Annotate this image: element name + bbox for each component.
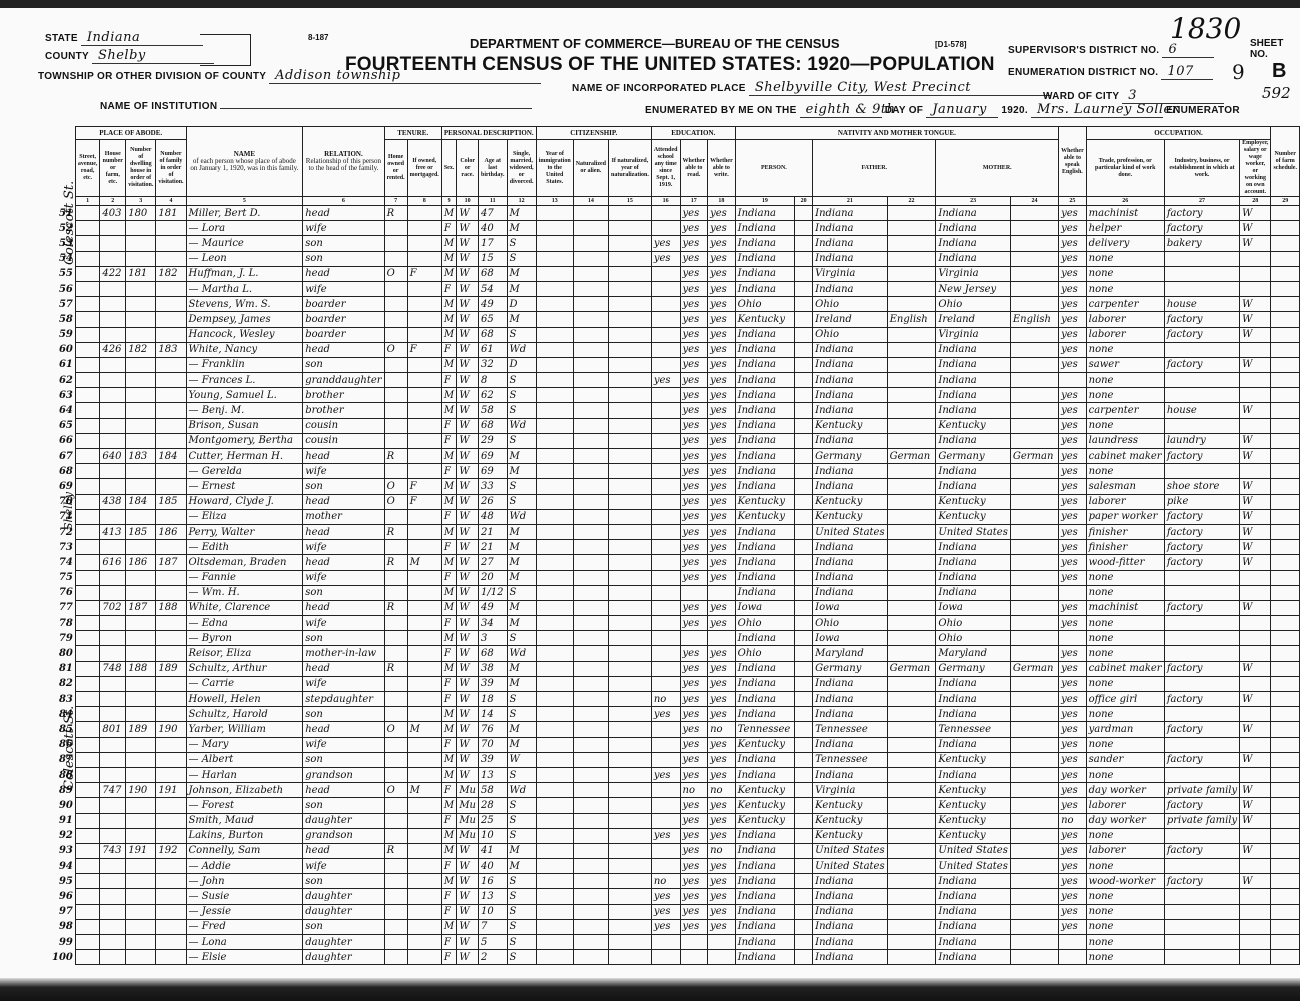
cell-occ: none [1086,281,1164,296]
cell-fam [156,585,186,600]
cell-wr: yes [708,752,736,767]
cell-nat [573,722,608,737]
cell-occ: none [1086,418,1164,433]
cell-pob: Indiana [735,418,795,433]
column-number: 18 [708,197,736,206]
line-number: 99 [50,935,75,950]
cell-mort [407,388,441,403]
cell-dw [126,297,156,312]
cell-sex: M [441,798,457,813]
cell-pob: Indiana [735,357,795,372]
cell-street [75,752,100,767]
cell-wr: yes [708,464,736,479]
cell-imm [536,737,573,752]
cell-ind: factory [1164,221,1239,236]
street-name-2: Shelby [62,492,75,530]
cell-ind [1164,281,1239,296]
cell-sch [651,433,680,448]
cell-street [75,767,100,782]
cell-sch [651,813,680,828]
cell-occ: none [1086,904,1164,919]
cell-farm [1271,828,1300,843]
cell-mt [1010,859,1058,874]
cell-ft [887,707,936,722]
cell-pt [795,798,813,813]
cell-occ: wood-worker [1086,874,1164,889]
cell-rd [680,585,708,600]
cell-naty [609,646,652,661]
cell-ind: factory [1164,206,1239,221]
cell-eng: yes [1059,524,1087,539]
cell-rd: yes [680,661,708,676]
cell-mpob: Indiana [936,585,1010,600]
cell-mort [407,646,441,661]
cell-name: Howell, Helen [186,692,303,707]
cell-naty [609,236,652,251]
cell-house [100,418,126,433]
cell-mar: Wd [507,509,536,524]
cell-wr: yes [708,692,736,707]
cell-rel: head [303,843,384,858]
cell-age: 21 [479,524,508,539]
cell-fpob: Kentucky [813,828,887,843]
cell-own [384,950,407,965]
cell-pt [795,843,813,858]
cell-imm [536,251,573,266]
cell-imm [536,357,573,372]
cell-house [100,950,126,965]
cell-imm [536,798,573,813]
cell-name: — Fred [186,919,303,934]
cell-sch [651,327,680,342]
cell-wr: yes [708,540,736,555]
cell-rd: yes [680,464,708,479]
cell-fpob: Indiana [813,236,887,251]
cell-occ: day worker [1086,783,1164,798]
cell-wr: yes [708,403,736,418]
cell-house [100,236,126,251]
cell-occ: none [1086,570,1164,585]
col-family: Number of family in order of visitation. [156,140,186,197]
cell-rel: brother [303,403,384,418]
section-personal: PERSONAL DESCRIPTION. [441,127,536,140]
cell-mort [407,767,441,782]
cell-eng: yes [1059,251,1087,266]
cell-dw [126,950,156,965]
cell-emp: W [1240,357,1271,372]
cell-ft [887,813,936,828]
cell-own [384,312,407,327]
cell-sch [651,950,680,965]
cell-farm [1271,449,1300,464]
cell-farm [1271,221,1300,236]
county-field: COUNTY Shelby [45,48,214,64]
cell-color: W [457,479,479,494]
cell-fpob: Kentucky [813,509,887,524]
cell-color: W [457,646,479,661]
cell-rel: mother [303,509,384,524]
cell-eng: yes [1059,600,1087,615]
cell-ft [887,935,936,950]
cell-emp: W [1240,312,1271,327]
cell-fpob: Indiana [813,281,887,296]
cell-name: — Martha L. [186,281,303,296]
table-row: 100— ElsiedaughterFW2SIndianaIndianaIndi… [50,950,1300,965]
cell-own [384,388,407,403]
cell-age: 69 [479,449,508,464]
cell-age: 1/12 [479,585,508,600]
cell-age: 40 [479,859,508,874]
cell-naty [609,433,652,448]
cell-fpob: Indiana [813,206,887,221]
cell-nat [573,859,608,874]
cell-ft [887,676,936,691]
cell-occ: day worker [1086,813,1164,828]
table-row: 54— LeonsonMW15SyesyesyesIndianaIndianaI… [50,251,1300,266]
line-number: 68 [50,464,75,479]
cell-pob: Ohio [735,297,795,312]
cell-color: W [457,540,479,555]
cell-ft [887,327,936,342]
cell-eng: yes [1059,919,1087,934]
table-row: 65Brison, SusancousinFW68WdyesyesIndiana… [50,418,1300,433]
cell-ft [887,509,936,524]
cell-eng: yes [1059,297,1087,312]
cell-age: 76 [479,722,508,737]
col-naturalized: Naturalized or alien. [573,140,608,197]
cell-eng: yes [1059,616,1087,631]
cell-occ: none [1086,707,1164,722]
cell-age: 10 [479,828,508,843]
cell-sex: F [441,646,457,661]
cell-dw [126,570,156,585]
cell-nat [573,661,608,676]
cell-emp: W [1240,297,1271,312]
cell-mt [1010,418,1058,433]
cell-age: 68 [479,266,508,281]
cell-rd: yes [680,919,708,934]
cell-sex: M [441,661,457,676]
cell-ind [1164,342,1239,357]
cell-color: W [457,737,479,752]
col-industry: Industry, business, or establishment in … [1164,140,1239,197]
cell-color: W [457,509,479,524]
cell-mar: S [507,585,536,600]
cell-pt [795,783,813,798]
cell-ind [1164,935,1239,950]
cell-age: 34 [479,616,508,631]
cell-imm [536,524,573,539]
cell-emp [1240,904,1271,919]
cell-age: 17 [479,236,508,251]
cell-mar: M [507,540,536,555]
cell-emp: W [1240,403,1271,418]
cell-own [384,464,407,479]
table-row: 78— EdnawifeFW34MyesyesOhioOhioOhioyesno… [50,616,1300,631]
cell-name: Reisor, Eliza [186,646,303,661]
cell-age: 58 [479,403,508,418]
cell-sch [651,631,680,646]
column-number: 11 [479,197,508,206]
cell-ft [887,221,936,236]
column-number: 8 [407,197,441,206]
column-number: 19 [735,197,795,206]
cell-sch [651,783,680,798]
cell-imm [536,707,573,722]
cell-naty [609,950,652,965]
cell-eng: yes [1059,312,1087,327]
cell-nat [573,433,608,448]
cell-house [100,752,126,767]
cell-mpob: Kentucky [936,494,1010,509]
cell-own [384,373,407,388]
cell-farm [1271,509,1300,524]
cell-own [384,297,407,312]
cell-dw: 183 [126,449,156,464]
cell-sch: yes [651,236,680,251]
cell-sex: F [441,433,457,448]
cell-own [384,616,407,631]
cell-mort [407,221,441,236]
enumerator-name: Mrs. Laurney Soller [1031,102,1163,118]
cell-imm [536,828,573,843]
cell-pob: Iowa [735,600,795,615]
cell-sex: F [441,570,457,585]
supervisor-district-field: SUPERVISOR'S DISTRICT NO. 6 [1008,42,1214,58]
cell-imm [536,479,573,494]
cell-emp: W [1240,798,1271,813]
cell-ind: factory [1164,327,1239,342]
cell-sex: F [441,509,457,524]
cell-fpob: Kentucky [813,798,887,813]
line-number: 57 [50,297,75,312]
section-education: EDUCATION. [651,127,735,140]
cell-street [75,540,100,555]
cell-emp: W [1240,494,1271,509]
line-number: 60 [50,342,75,357]
cell-fam [156,752,186,767]
cell-imm [536,676,573,691]
cell-ind: factory [1164,357,1239,372]
cell-name: Johnson, Elizabeth [186,783,303,798]
cell-farm [1271,843,1300,858]
cell-nat [573,479,608,494]
cell-pt [795,388,813,403]
cell-sch: yes [651,919,680,934]
street-name-1: Colescott St. [62,181,77,265]
cell-eng: yes [1059,889,1087,904]
cell-sex: M [441,297,457,312]
cell-pt [795,737,813,752]
table-row: 86— MarywifeFW70MyesyesKentuckyIndianaIn… [50,737,1300,752]
cell-ft: English [887,312,936,327]
cell-fam [156,616,186,631]
cell-imm [536,312,573,327]
cell-own: O [384,494,407,509]
cell-fam [156,221,186,236]
section-tenure: TENURE. [384,127,441,140]
cell-mpob: Kentucky [936,828,1010,843]
cell-pob: Kentucky [735,509,795,524]
cell-age: 10 [479,904,508,919]
cell-nat [573,373,608,388]
cell-pt [795,403,813,418]
census-sheet: STATE Indiana COUNTY Shelby TOWNSHIP OR … [0,0,1300,1001]
cell-ind [1164,616,1239,631]
line-number: 77 [50,600,75,615]
table-row: 60426182183White, NancyheadOFFW61Wdyesye… [50,342,1300,357]
cell-occ: none [1086,251,1164,266]
cell-mt [1010,251,1058,266]
cell-pt [795,631,813,646]
cell-fpob: Kentucky [813,494,887,509]
cell-own: R [384,661,407,676]
cell-naty [609,874,652,889]
cell-name: Smith, Maud [186,813,303,828]
cell-occ: delivery [1086,236,1164,251]
cell-house [100,859,126,874]
cell-rd: yes [680,752,708,767]
cell-rel: head [303,600,384,615]
cell-wr: yes [708,509,736,524]
cell-own [384,251,407,266]
column-number: 6 [303,197,384,206]
cell-color: Mu [457,828,479,843]
cell-sex: M [441,585,457,600]
cell-color: W [457,236,479,251]
cell-fpob: Indiana [813,403,887,418]
cell-imm [536,327,573,342]
cell-rd: yes [680,600,708,615]
cell-rel: cousin [303,418,384,433]
department-heading: DEPARTMENT OF COMMERCE—BUREAU OF THE CEN… [470,36,840,51]
cell-pt [795,312,813,327]
cell-fam [156,509,186,524]
cell-eng: yes [1059,479,1087,494]
cell-fam: 189 [156,661,186,676]
cell-color: W [457,373,479,388]
cell-mort [407,403,441,418]
cell-own [384,570,407,585]
cell-own [384,919,407,934]
cell-mar: S [507,707,536,722]
cell-rel: wife [303,464,384,479]
column-number: 5 [186,197,303,206]
cell-age: 47 [479,206,508,221]
cell-mar: S [507,631,536,646]
cell-occ: laundress [1086,433,1164,448]
cell-sex: M [441,236,457,251]
cell-wr: yes [708,661,736,676]
cell-mpob: Indiana [936,251,1010,266]
cell-mpob: Kentucky [936,418,1010,433]
table-row: 56— Martha L.wifeFW54MyesyesIndianaIndia… [50,281,1300,296]
cell-house: 640 [100,449,126,464]
cell-mort [407,509,441,524]
cell-mort [407,813,441,828]
cell-mt [1010,783,1058,798]
cell-mpob: Indiana [936,388,1010,403]
line-number: 59 [50,327,75,342]
cell-age: 38 [479,661,508,676]
cell-fpob: Indiana [813,555,887,570]
cell-pt [795,494,813,509]
cell-farm [1271,950,1300,965]
cell-color: W [457,266,479,281]
cell-sch [651,479,680,494]
cell-rd: yes [680,859,708,874]
cell-rd: no [680,783,708,798]
cell-rd [680,935,708,950]
cell-ft [887,904,936,919]
cell-wr [708,950,736,965]
cell-pt [795,874,813,889]
cell-dw [126,281,156,296]
cell-pt [795,251,813,266]
cell-color: W [457,874,479,889]
cell-imm [536,236,573,251]
cell-pt [795,616,813,631]
cell-pt [795,297,813,312]
cell-own: R [384,600,407,615]
cell-mort [407,935,441,950]
cell-dw [126,874,156,889]
cell-dw: 187 [126,600,156,615]
cell-nat [573,327,608,342]
cell-mpob: Kentucky [936,752,1010,767]
cell-emp [1240,373,1271,388]
cell-pt [795,281,813,296]
cell-emp [1240,646,1271,661]
cell-fpob: Maryland [813,646,887,661]
cell-fam [156,767,186,782]
cell-naty [609,509,652,524]
cell-mpob: Ohio [936,631,1010,646]
cell-dw [126,540,156,555]
cell-nat [573,342,608,357]
cell-rel: son [303,479,384,494]
cell-wr: yes [708,600,736,615]
cell-mort: F [407,494,441,509]
cell-emp: W [1240,661,1271,676]
enumeration-district-field: ENUMERATION DISTRICT NO. 107 [1008,64,1213,80]
cell-wr: yes [708,373,736,388]
cell-pob: Indiana [735,570,795,585]
cell-farm [1271,874,1300,889]
cell-ft [887,585,936,600]
cell-emp: W [1240,327,1271,342]
cell-emp [1240,631,1271,646]
table-row: 82— CarriewifeFW39MyesyesIndianaIndianaI… [50,676,1300,691]
cell-ind: factory [1164,874,1239,889]
cell-sch: no [651,874,680,889]
cell-mt [1010,464,1058,479]
cell-name: Huffman, J. L. [186,266,303,281]
cell-rd: yes [680,813,708,828]
col-farm-schedule: Number of farm schedule. [1271,127,1300,197]
cell-rd: yes [680,524,708,539]
cell-farm [1271,312,1300,327]
cell-mt [1010,600,1058,615]
cell-age: 8 [479,373,508,388]
cell-imm [536,646,573,661]
cell-farm [1271,646,1300,661]
cell-own [384,357,407,372]
cell-name: Brison, Susan [186,418,303,433]
cell-age: 70 [479,737,508,752]
cell-ind [1164,373,1239,388]
scan-edge-top [0,0,1300,8]
